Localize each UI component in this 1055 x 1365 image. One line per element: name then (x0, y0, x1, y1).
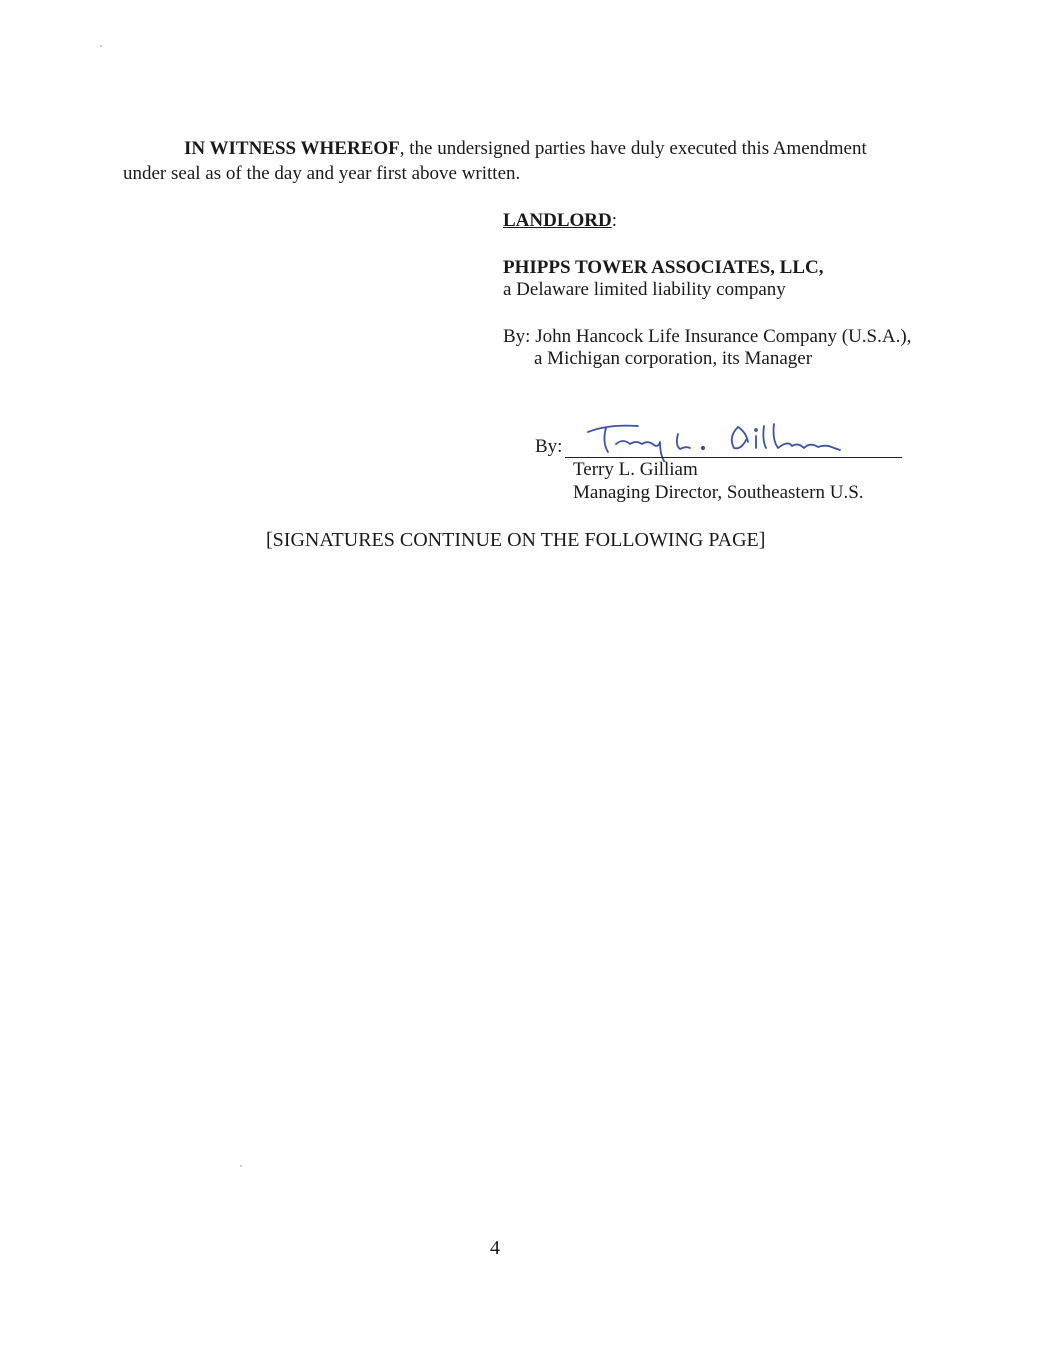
continuation-note: [SIGNATURES CONTINUE ON THE FOLLOWING PA… (266, 529, 765, 552)
scan-speck (100, 45, 102, 47)
witness-clause-line2: under seal as of the day and year first … (123, 163, 520, 185)
landlord-heading-text: LANDLORD (503, 210, 612, 231)
page-number: 4 (490, 1237, 500, 1260)
landlord-heading: LANDLORD: (503, 210, 617, 232)
company-description: a Delaware limited liability company (503, 279, 786, 301)
handwritten-signature (578, 412, 878, 462)
signer-title: Managing Director, Southeastern U.S. (573, 482, 864, 504)
company-name: PHIPPS TOWER ASSOCIATES, LLC, (503, 257, 823, 279)
witness-clause-line1: IN WITNESS WHEREOF, the undersigned part… (184, 138, 867, 160)
scan-speck (240, 1165, 242, 1167)
witness-clause-lead: IN WITNESS WHEREOF (184, 138, 400, 159)
signer-name: Terry L. Gilliam (573, 459, 698, 481)
signature-line (565, 457, 902, 458)
signature-label: By: (535, 436, 562, 458)
manager-description: a Michigan corporation, its Manager (534, 348, 812, 370)
landlord-heading-colon: : (612, 210, 617, 231)
manager-by-line: By: John Hancock Life Insurance Company … (503, 326, 911, 348)
witness-clause-rest: , the undersigned parties have duly exec… (400, 138, 867, 159)
